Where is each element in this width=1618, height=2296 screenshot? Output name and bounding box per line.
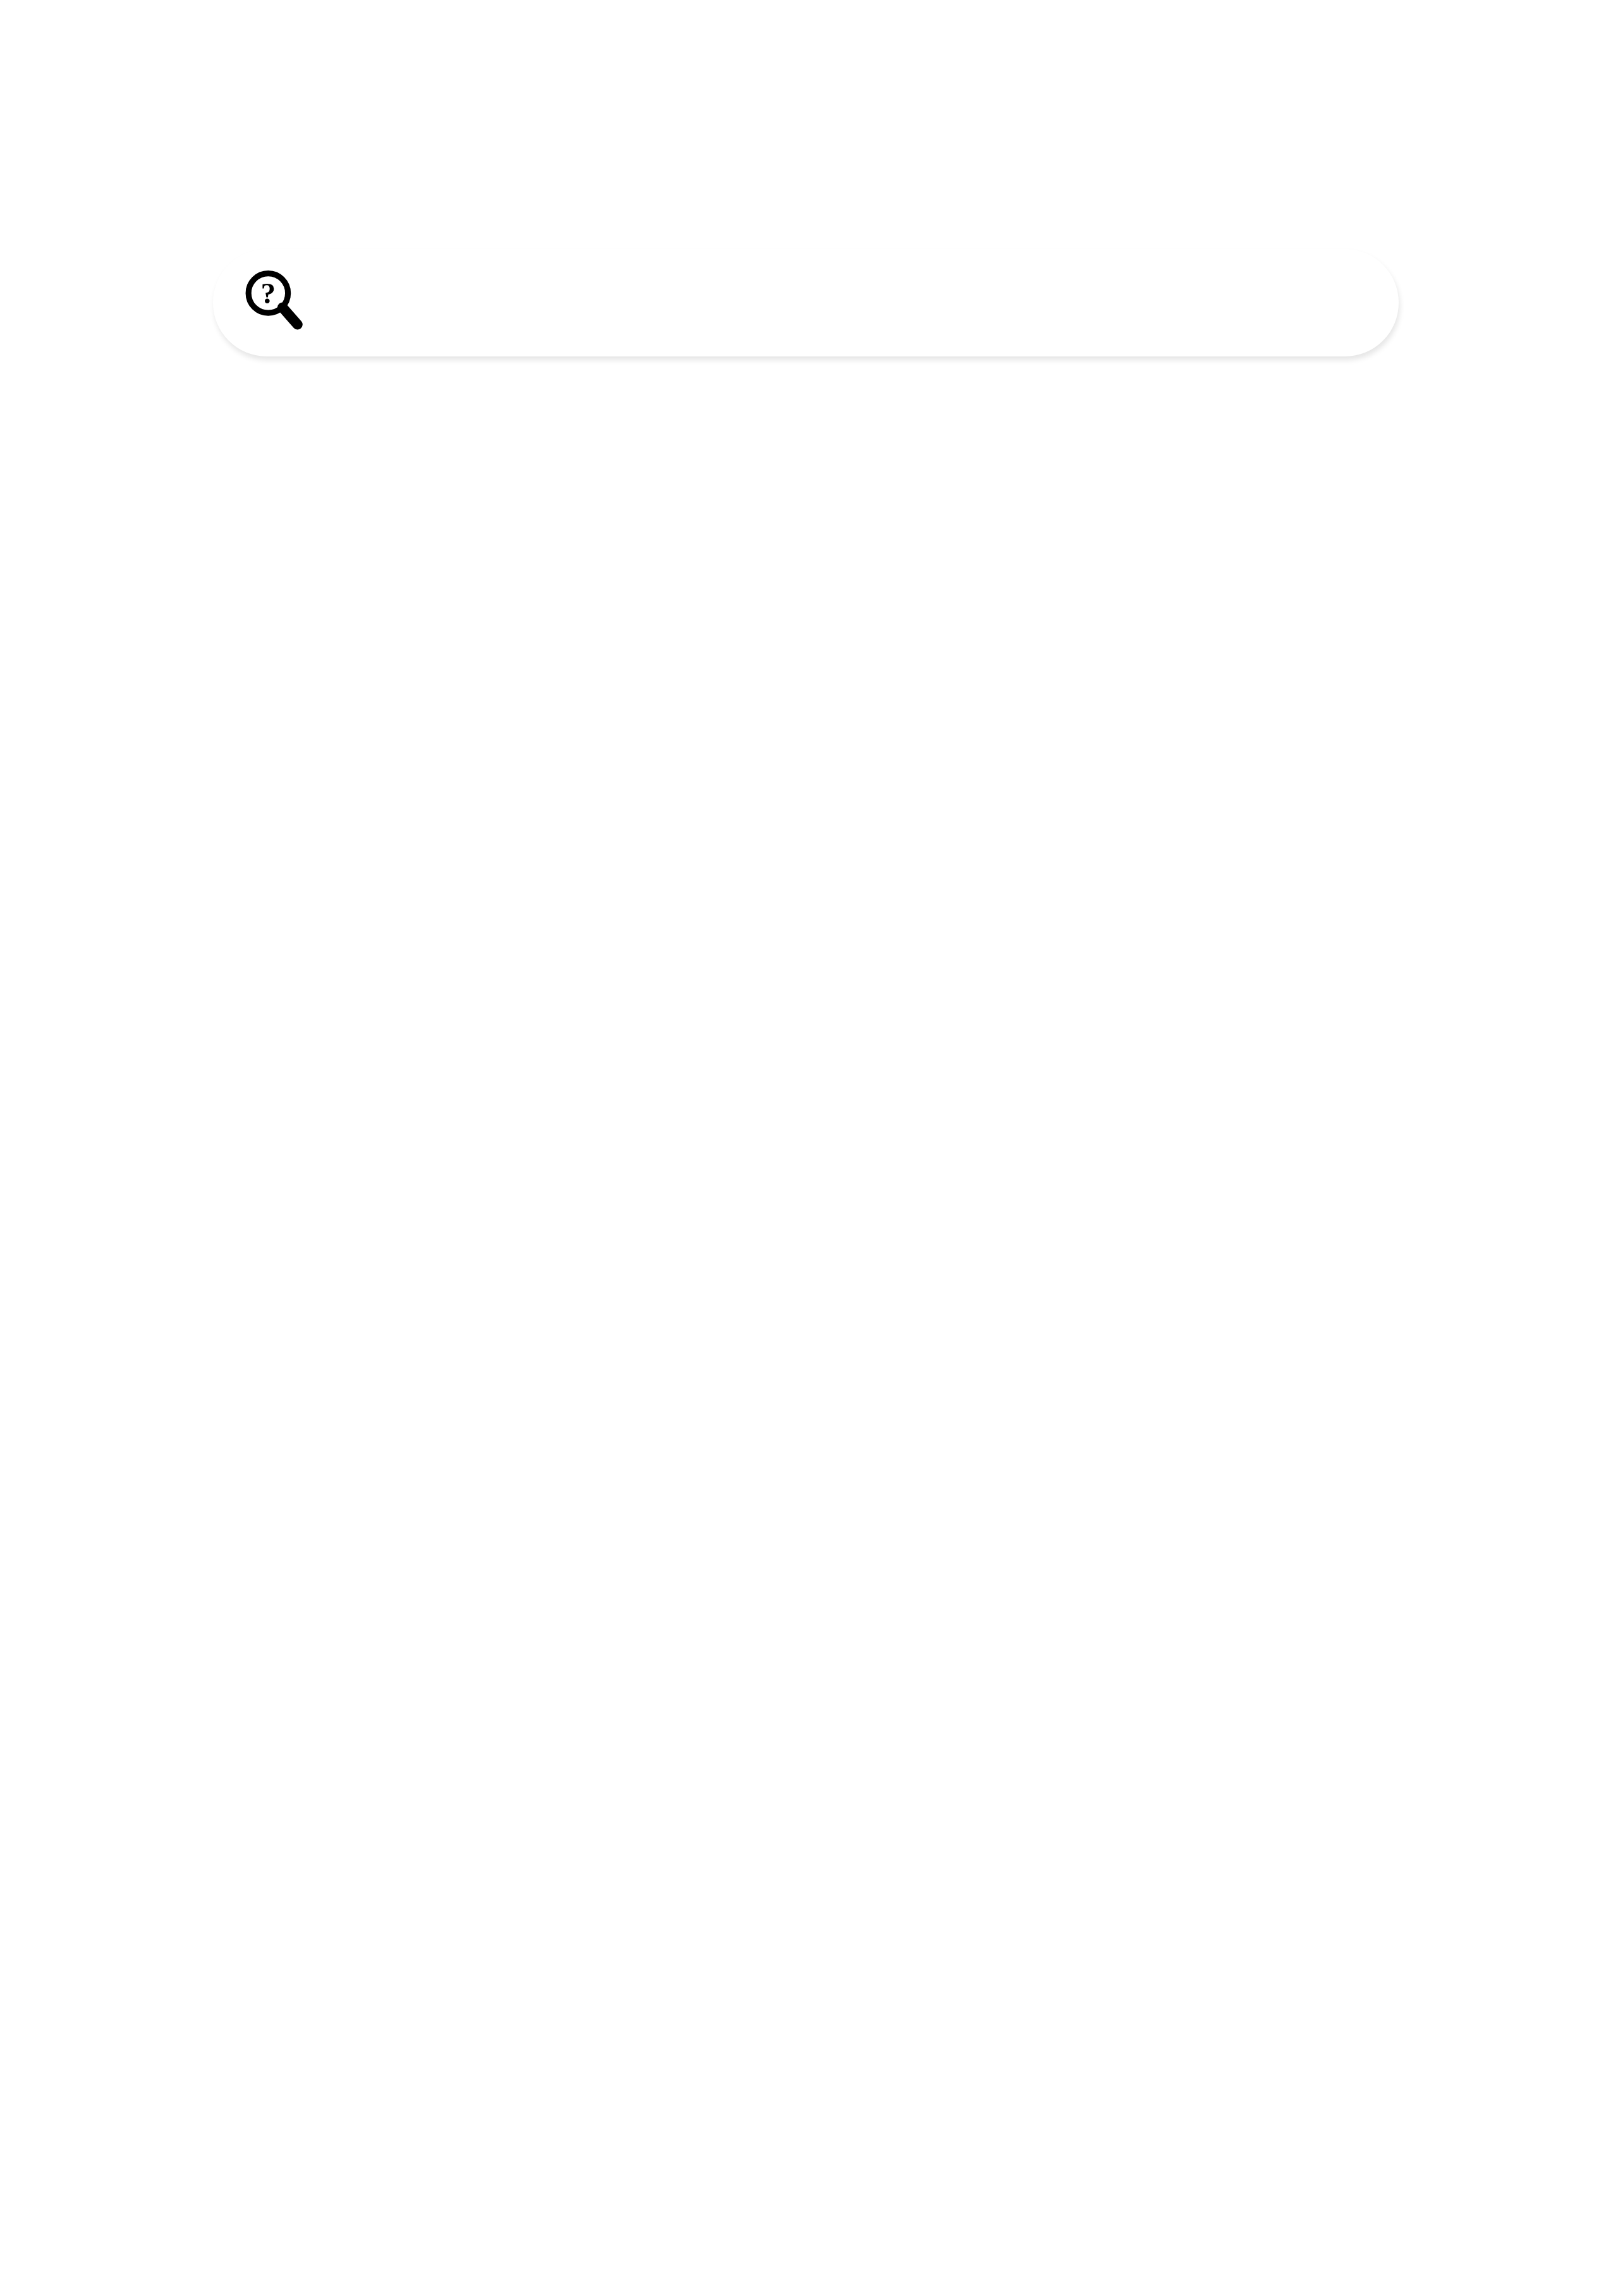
- document-page: ?: [0, 0, 1618, 2296]
- magnifier-question-icon: ?: [240, 267, 308, 338]
- question-text: [313, 279, 322, 326]
- question-bar: ?: [213, 249, 1399, 356]
- text-column: ?: [217, 226, 1418, 363]
- svg-text:?: ?: [261, 277, 276, 310]
